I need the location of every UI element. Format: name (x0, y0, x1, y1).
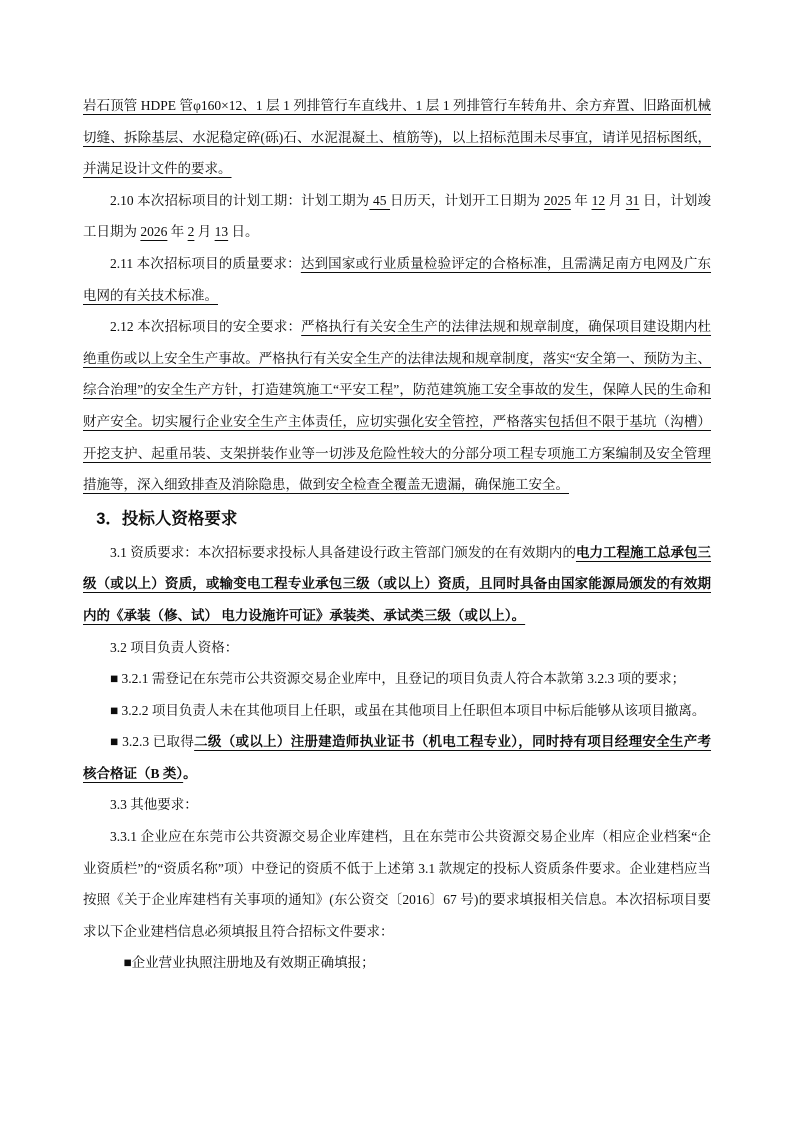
end-day-value: 13 (215, 224, 229, 239)
text-segment: 2.12 本次招标项目的安全要求： (110, 319, 301, 334)
text-segment: ■ 3.2.1 需登记在东莞市公共资源交易企业库中，且登记的项目负责人符合本款第… (110, 671, 685, 686)
paragraph-3-2-manager-qualification: 3.2 项目负责人资格： (83, 632, 711, 664)
text-segment: ■企业营业执照注册地及有效期正确填报； (124, 955, 375, 970)
paragraph-2-11-quality: 2.11 本次招标项目的质量要求：达到国家或行业质量检验评定的合格标准，且需满足… (83, 248, 711, 311)
paragraph-2-12-safety: 2.12 本次招标项目的安全要求：严格执行有关安全生产的法律法规和规章制度，确保… (83, 311, 711, 501)
text-segment: 日历天，计划开工日期为 (390, 193, 544, 208)
paragraph-3-2-2-availability-item: ■ 3.2.2 项目负责人未在其他项目上任职，或虽在其他项目上任职但本项目中标后… (83, 695, 711, 727)
paragraph-3-3-other-requirements: 3.3 其他要求： (83, 789, 711, 821)
start-month-value: 12 (592, 193, 606, 208)
text-segment: 3.2 项目负责人资格： (110, 640, 238, 655)
text-segment: 3.1 资质要求：本次招标要求投标人具备建设行政主管部门颁发的在有效期内的 (110, 545, 576, 560)
paragraph-business-license-bullet: ■企业营业执照注册地及有效期正确填报； (83, 947, 711, 979)
text-segment: 年 (571, 193, 592, 208)
paragraph-3-2-1-registry-item: ■ 3.2.1 需登记在东莞市公共资源交易企业库中，且登记的项目负责人符合本款第… (83, 663, 711, 695)
text-segment: 。 (183, 766, 197, 781)
text-segment: 年 (167, 224, 187, 239)
document-page: 岩石顶管 HDPE 管φ160×12、1 层 1 列排管行车直线井、1 层 1 … (0, 0, 794, 1123)
text-segment: 2.11 本次招标项目的质量要求： (110, 256, 301, 271)
scope-underlined-text: 岩石顶管 HDPE 管φ160×12、1 层 1 列排管行车直线井、1 层 1 … (83, 98, 711, 176)
safety-requirement-underlined: 严格执行有关安全生产的法律法规和规章制度，确保项目建设期内杜绝重伤或以上安全生产… (83, 319, 711, 492)
paragraph-scope-continuation: 岩石顶管 HDPE 管φ160×12、1 层 1 列排管行车直线井、1 层 1 … (83, 90, 711, 185)
start-year-value: 2025 (544, 193, 571, 208)
end-year-value: 2026 (140, 224, 167, 239)
text-segment: 3.3 其他要求： (110, 797, 198, 812)
text-segment: ■ 3.2.3 已取得 (110, 734, 194, 749)
paragraph-3-1-qualification: 3.1 资质要求：本次招标要求投标人具备建设行政主管部门颁发的在有效期内的电力工… (83, 537, 711, 632)
text-segment: 月 (605, 193, 626, 208)
start-day-value: 31 (626, 193, 640, 208)
duration-days-value: 45 (369, 193, 390, 208)
text-segment: 日。 (228, 224, 258, 239)
section-3-heading: 3．投标人资格要求 (83, 501, 711, 537)
text-segment: 2.10 本次招标项目的计划工期：计划工期为 (110, 193, 369, 208)
paragraph-2-10-schedule: 2.10 本次招标项目的计划工期：计划工期为 45 日历天，计划开工日期为 20… (83, 185, 711, 248)
text-segment: ■ 3.2.2 项目负责人未在其他项目上任职，或虽在其他项目上任职但本项目中标后… (110, 703, 705, 718)
text-segment: 月 (194, 224, 214, 239)
paragraph-3-2-3-certificate-item: ■ 3.2.3 已取得二级（或以上）注册建造师执业证书（机电工程专业），同时持有… (83, 726, 711, 789)
paragraph-3-3-1-enterprise-filing: 3.3.1 企业应在东莞市公共资源交易企业库建档，且在东莞市公共资源交易企业库（… (83, 821, 711, 947)
text-segment: 3.3.1 企业应在东莞市公共资源交易企业库建档，且在东莞市公共资源交易企业库（… (83, 829, 711, 939)
